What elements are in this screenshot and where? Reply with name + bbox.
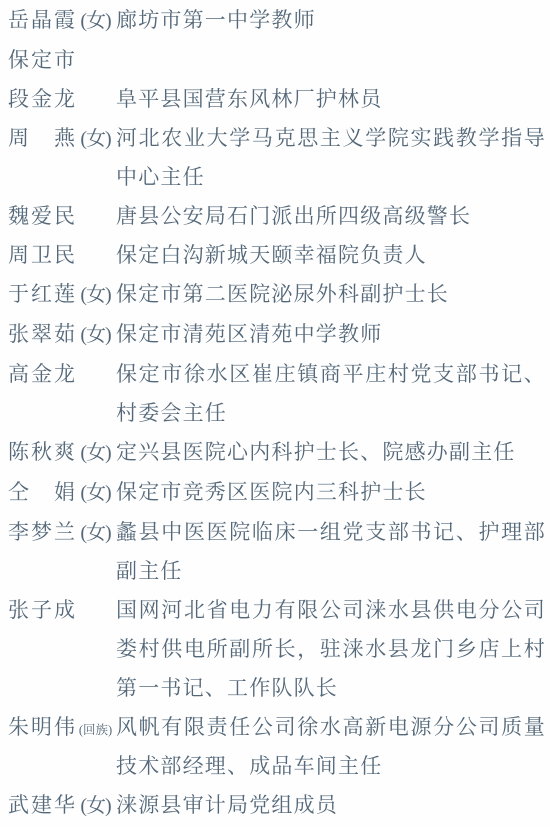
- honoree-name: 岳晶霞: [8, 1, 75, 40]
- honoree-entry: 李梦兰 (女) 蠡县中医医院临床一组党支部书记、护理部副主任: [8, 513, 546, 591]
- honoree-note: (女): [75, 787, 116, 826]
- honoree-name: 高金龙: [8, 355, 75, 394]
- honoree-note: (女): [75, 474, 116, 513]
- honoree-note: (女): [75, 120, 116, 159]
- name-char: 金: [31, 355, 52, 394]
- honoree-list: 岳晶霞 (女) 廊坊市第一中学教师 保定市 段金龙 阜平县国营东风林厂护林员 周…: [8, 1, 546, 826]
- honoree-name: 武建华: [8, 786, 75, 825]
- name-char: 爽: [54, 433, 75, 472]
- honoree-name: 陈秋爽: [8, 433, 75, 472]
- name-char: 武: [8, 786, 29, 825]
- name-char: 翠: [31, 315, 52, 354]
- honoree-title: 河北农业大学马克思主义学院实践教学指导中心主任: [116, 119, 546, 197]
- name-char: 卫: [31, 236, 52, 275]
- honoree-title: 蠡县中医医院临床一组党支部书记、护理部副主任: [116, 513, 546, 591]
- name-char: 华: [54, 786, 75, 825]
- name-char: 梦: [31, 513, 52, 552]
- honoree-entry: 周燕 (女) 河北农业大学马克思主义学院实践教学指导中心主任: [8, 119, 546, 197]
- name-char: 周: [8, 236, 29, 275]
- honoree-title: 阜平县国营东风林厂护林员: [116, 80, 546, 119]
- honoree-title: 廊坊市第一中学教师: [116, 1, 546, 40]
- honoree-entry: 武建华 (女) 涞源县审计局党组成员: [8, 786, 546, 826]
- name-char: 子: [31, 591, 52, 630]
- name-char: 李: [8, 513, 29, 552]
- name-char: 晶: [31, 1, 52, 40]
- honoree-note: (女): [75, 276, 116, 315]
- name-char: 霞: [54, 1, 75, 40]
- honoree-title: 国网河北省电力有限公司涞水县供电分公司娄村供电所副所长，驻涞水县龙门乡店上村第一…: [116, 591, 546, 708]
- honoree-title: 唐县公安局石门派出所四级高级警长: [116, 197, 546, 236]
- city-heading: 保定市: [8, 41, 546, 80]
- name-char: 高: [8, 355, 29, 394]
- name-char: 段: [8, 80, 29, 119]
- honoree-note: (女): [75, 434, 116, 473]
- name-char: 成: [54, 591, 75, 630]
- honoree-name: 朱明伟: [8, 708, 75, 747]
- honoree-name: 张子成: [8, 591, 75, 630]
- name-char: 伟: [54, 708, 75, 747]
- name-char: 陈: [8, 433, 29, 472]
- name-char: 魏: [8, 197, 29, 236]
- honoree-title: 保定白沟新城天颐幸福院负责人: [116, 236, 546, 275]
- name-char: 明: [31, 708, 52, 747]
- honoree-name: 段金龙: [8, 80, 75, 119]
- honoree-note: (回族): [75, 711, 116, 750]
- name-char: 朱: [8, 708, 29, 747]
- name-char: 爱: [31, 197, 52, 236]
- honoree-entry: 朱明伟 (回族) 风帆有限责任公司徐水高新电源分公司质量技术部经理、成品车间主任: [8, 708, 546, 786]
- name-char: 张: [8, 591, 29, 630]
- name-char: 张: [8, 315, 29, 354]
- honoree-title: 保定市第二医院泌尿外科副护士长: [116, 275, 546, 314]
- name-char: 红: [31, 275, 52, 314]
- honoree-name: 魏爱民: [8, 197, 75, 236]
- honoree-name: 周卫民: [8, 236, 75, 275]
- honoree-entry: 陈秋爽 (女) 定兴县医院心内科护士长、院感办副主任: [8, 433, 546, 473]
- honoree-entry: 高金龙 保定市徐水区崔庄镇商平庄村党支部书记、村委会主任: [8, 355, 546, 433]
- honoree-entry: 段金龙 阜平县国营东风林厂护林员: [8, 80, 546, 119]
- honoree-name: 李梦兰: [8, 513, 75, 552]
- name-char: 于: [8, 275, 29, 314]
- document-page: 岳晶霞 (女) 廊坊市第一中学教师 保定市 段金龙 阜平县国营东风林厂护林员 周…: [0, 0, 550, 827]
- honoree-title: 保定市竞秀区医院内三科护士长: [116, 473, 546, 512]
- name-char: 兰: [54, 513, 75, 552]
- honoree-name: 张翠茹: [8, 315, 75, 354]
- name-char: 金: [31, 80, 52, 119]
- honoree-title: 风帆有限责任公司徐水高新电源分公司质量技术部经理、成品车间主任: [116, 708, 546, 786]
- honoree-note: (女): [75, 316, 116, 355]
- name-char: 周: [8, 119, 29, 158]
- name-char: 建: [31, 786, 52, 825]
- name-char: 娟: [54, 473, 75, 512]
- honoree-name: 于红莲: [8, 275, 75, 314]
- honoree-title: 定兴县医院心内科护士长、院感办副主任: [116, 433, 546, 472]
- honoree-entry: 岳晶霞 (女) 廊坊市第一中学教师: [8, 1, 546, 41]
- honoree-entry: 张子成 国网河北省电力有限公司涞水县供电分公司娄村供电所副所长，驻涞水县龙门乡店…: [8, 591, 546, 708]
- honoree-entry: 张翠茹 (女) 保定市清苑区清苑中学教师: [8, 315, 546, 355]
- honoree-name: 周燕: [8, 119, 75, 158]
- name-char: 龙: [54, 80, 75, 119]
- name-char: 龙: [54, 355, 75, 394]
- honoree-entry: 魏爱民 唐县公安局石门派出所四级高级警长: [8, 197, 546, 236]
- honoree-name: 仝娟: [8, 473, 75, 512]
- city-name: 保定市: [8, 41, 77, 80]
- name-char: 仝: [8, 473, 29, 512]
- honoree-note: (女): [75, 514, 116, 553]
- name-char: 秋: [31, 433, 52, 472]
- name-char: 岳: [8, 1, 29, 40]
- honoree-entry: 仝娟 (女) 保定市竞秀区医院内三科护士长: [8, 473, 546, 513]
- name-char: 莲: [54, 275, 75, 314]
- honoree-title: 保定市徐水区崔庄镇商平庄村党支部书记、村委会主任: [116, 355, 546, 433]
- honoree-entry: 于红莲 (女) 保定市第二医院泌尿外科副护士长: [8, 275, 546, 315]
- name-char: 茹: [54, 315, 75, 354]
- name-char: 民: [54, 236, 75, 275]
- name-char: 燕: [54, 119, 75, 158]
- honoree-title: 保定市清苑区清苑中学教师: [116, 315, 546, 354]
- name-char: 民: [54, 197, 75, 236]
- honoree-entry: 周卫民 保定白沟新城天颐幸福院负责人: [8, 236, 546, 275]
- honoree-title: 涞源县审计局党组成员: [116, 786, 546, 825]
- honoree-note: (女): [75, 2, 116, 41]
